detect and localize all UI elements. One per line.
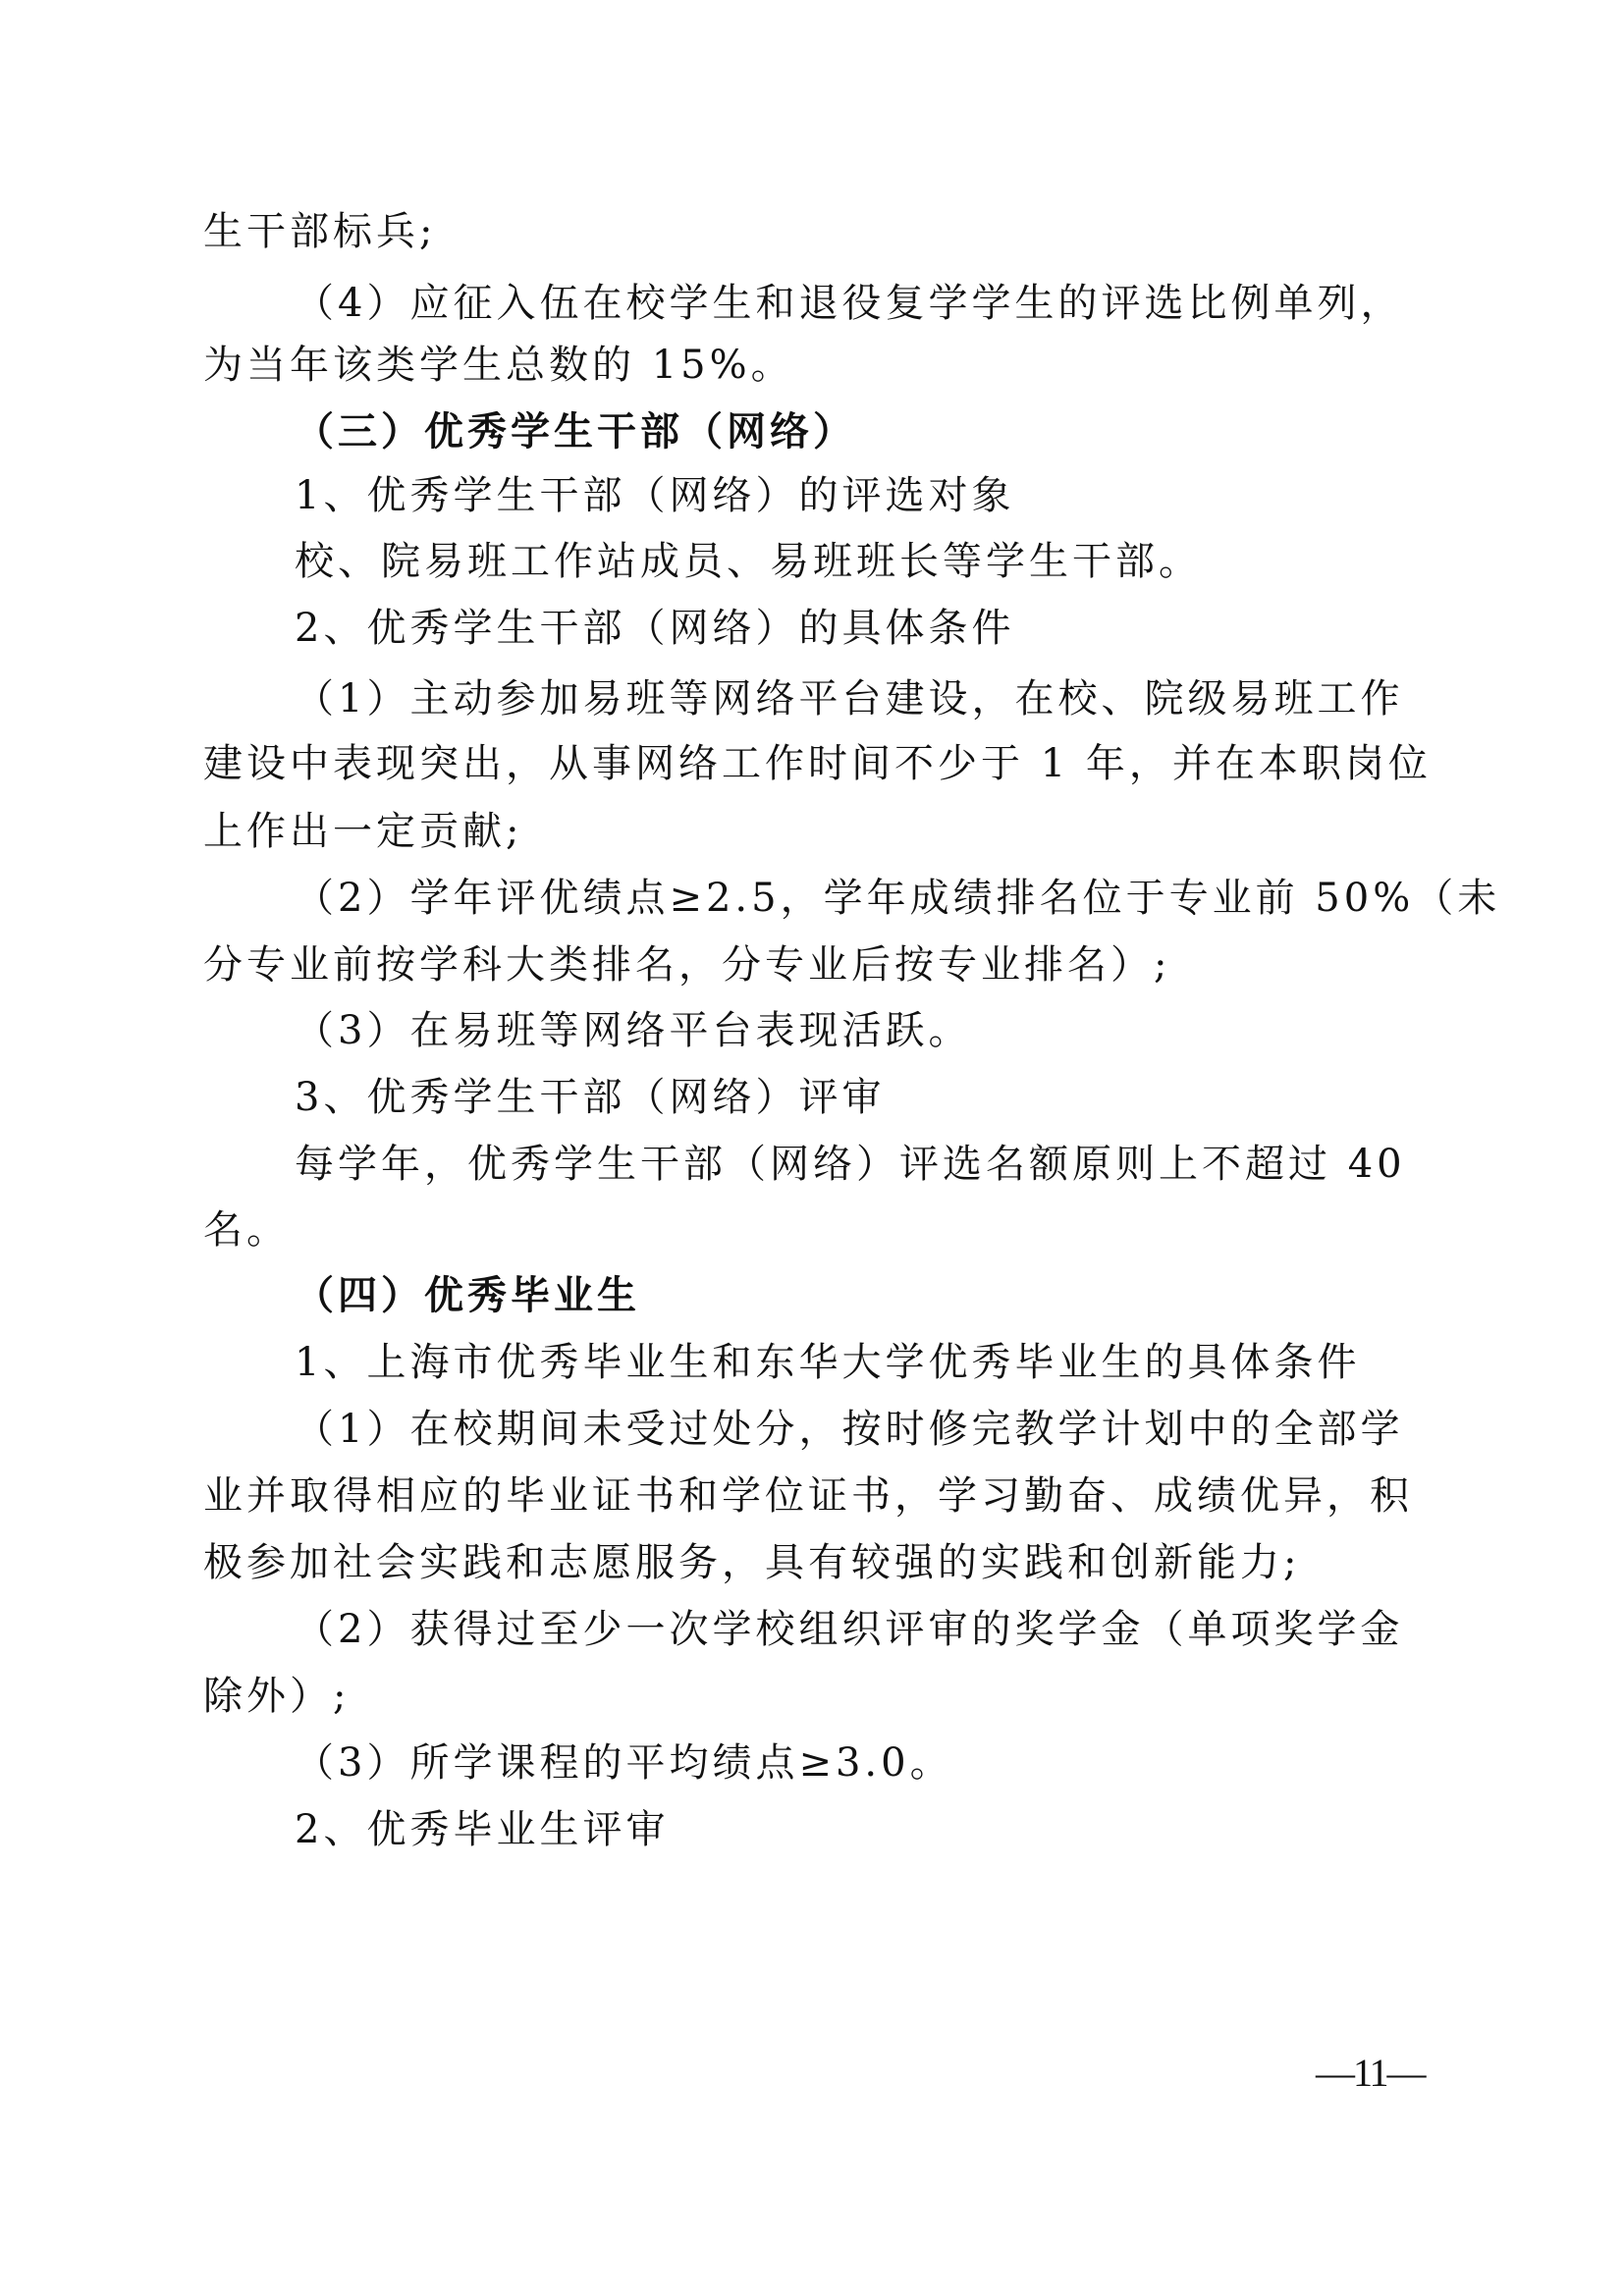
page-number: —11— [1316, 2050, 1425, 2096]
paragraph-line: （2）学年评优绩点≥2.5，学年成绩排名位于专业前 50%（未 [295, 873, 1522, 924]
paragraph-line: 极参加社会实践和志愿服务，具有较强的实践和创新能力; [203, 1537, 1431, 1588]
paragraph-line: （2）获得过至少一次学校组织评审的奖学金（单项奖学金 [295, 1604, 1522, 1655]
paragraph-line: 生干部标兵; [203, 206, 1431, 257]
paragraph-line: 校、院易班工作站成员、易班班长等学生干部。 [295, 536, 1522, 587]
paragraph-line: 1、上海市优秀毕业生和东华大学优秀毕业生的具体条件 [295, 1337, 1522, 1388]
paragraph-line: 为当年该类学生总数的 15%。 [203, 340, 1431, 391]
paragraph-line: 名。 [203, 1204, 1431, 1255]
paragraph-line: 分专业前按学科大类排名，分专业后按专业排名）; [203, 939, 1431, 990]
paragraph-line: 2、优秀毕业生评审 [295, 1804, 1522, 1855]
paragraph-line: 3、优秀学生干部（网络）评审 [295, 1072, 1522, 1123]
paragraph-line: （4）应征入伍在校学生和退役复学学生的评选比例单列， [295, 278, 1522, 329]
paragraph-line: 每学年，优秀学生干部（网络）评选名额原则上不超过 40 [295, 1139, 1522, 1190]
paragraph-line: （1）主动参加易班等网络平台建设，在校、院级易班工作 [295, 673, 1522, 724]
paragraph-line: 除外）; [203, 1671, 1431, 1722]
paragraph-line: 业并取得相应的毕业证书和学位证书，学习勤奋、成绩优异，积 [203, 1470, 1431, 1522]
paragraph-line: 上作出一定贡献; [203, 806, 1431, 857]
document-page: 生干部标兵;（4）应征入伍在校学生和退役复学学生的评选比例单列，为当年该类学生总… [0, 0, 1624, 2296]
section-heading: （三）优秀学生干部（网络） [295, 406, 1522, 457]
paragraph-line: （3）所学课程的平均绩点≥3.0。 [295, 1737, 1522, 1789]
section-heading: （四）优秀毕业生 [295, 1270, 1522, 1321]
paragraph-line: 建设中表现突出，从事网络工作时间不少于 1 年，并在本职岗位 [203, 738, 1431, 789]
paragraph-line: （1）在校期间未受过处分，按时修完教学计划中的全部学 [295, 1404, 1522, 1455]
paragraph-line: 2、优秀学生干部（网络）的具体条件 [295, 603, 1522, 654]
paragraph-line: 1、优秀学生干部（网络）的评选对象 [295, 470, 1522, 521]
paragraph-line: （3）在易班等网络平台表现活跃。 [295, 1005, 1522, 1056]
